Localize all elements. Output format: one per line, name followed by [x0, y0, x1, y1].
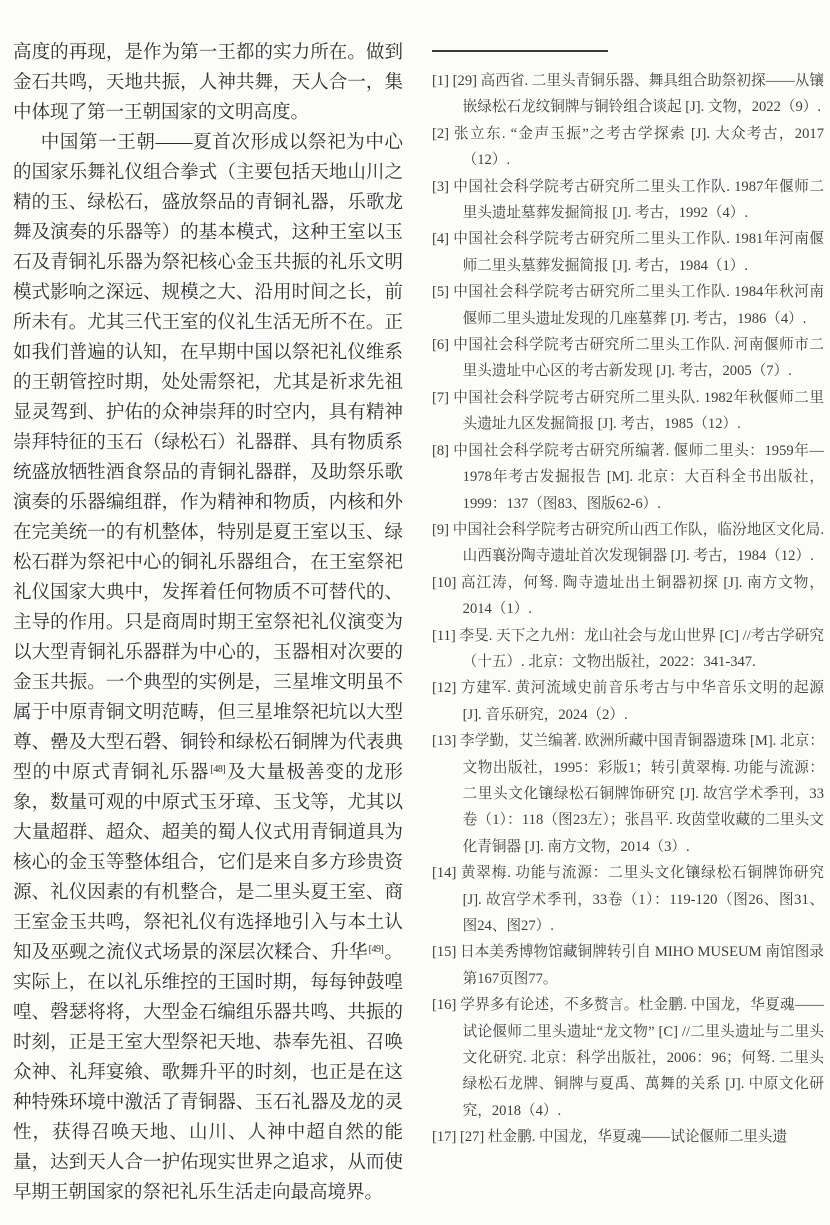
reference-item: [3] 中国社会科学院考古研究所二里头工作队. 1987年偃师二里头遗址墓葬发掘… — [432, 174, 824, 227]
reference-item: [12] 方建军. 黄河流域史前音乐考古与中华音乐文明的起源 [J]. 音乐研究… — [432, 675, 824, 728]
reference-item: [14] 黄翠梅. 功能与流源：二里头文化镶绿松石铜牌饰研究 [J]. 故宫学术… — [432, 860, 824, 939]
reference-item: [10] 高江涛，何驽. 陶寺遗址出土铜器初探 [J]. 南方文物，2014（1… — [432, 570, 824, 623]
reference-item: [6] 中国社会科学院考古研究所二里头工作队. 河南偃师市二里头遗址中心区的考古… — [432, 332, 824, 385]
reference-item: [8] 中国社会科学院考古研究所编著. 偃师二里头：1959年—1978年考古发… — [432, 438, 824, 517]
reference-item: [17] [27] 杜金鹏. 中国龙，华夏魂——试论偃师二里头遗 — [432, 1124, 824, 1150]
article-text-column: 高度的再现，是作为第一王都的实力所在。做到金石共鸣，天地共振，人神共舞，天人合一… — [13, 38, 403, 1208]
reference-item: [15] 日本美秀博物馆藏铜牌转引自 MIHO MUSEUM 南馆图录第167页… — [432, 939, 824, 992]
reference-item: [1] [29] 高西省. 二里头青铜乐器、舞具组合助祭初探——从镶嵌绿松石龙纹… — [432, 68, 824, 121]
reference-item: [2] 张立东. “金声玉振”之考古学探索 [J]. 大众考古，2017（12）… — [432, 121, 824, 174]
footnote-marker-49: [49] — [368, 944, 385, 955]
reference-item: [9] 中国社会科学院考古研究所山西工作队，临汾地区文化局. 山西襄汾陶寺遗址首… — [432, 517, 824, 570]
paragraph-continuation: 高度的再现，是作为第一王都的实力所在。做到金石共鸣，天地共振，人神共舞，天人合一… — [13, 38, 403, 128]
footnote-marker-48: [48] — [209, 764, 226, 775]
reference-item: [7] 中国社会科学院考古研究所二里头队. 1982年秋偃师二里头遗址九区发掘简… — [432, 385, 824, 438]
reference-item: [4] 中国社会科学院考古研究所二里头工作队. 1981年河南偃师二里头墓葬发掘… — [432, 226, 824, 279]
paragraph-text: 。实际上，在以礼乐维控的王国时期，每每钟鼓喤喤、磬瑟将将，大型金石编组乐器共鸣、… — [13, 943, 403, 1203]
paragraph-text: 中国第一王朝——夏首次形成以祭祀为中心的国家乐舞礼仪组合拳式（主要包括天地山川之… — [13, 133, 403, 783]
journal-page: 高度的再现，是作为第一王都的实力所在。做到金石共鸣，天地共振，人神共舞，天人合一… — [0, 0, 830, 1225]
reference-item: [16] 学界多有论述，不多赘言。杜金鹏. 中国龙，华夏魂——试论偃师二里头遗址… — [432, 992, 824, 1124]
reference-item: [11] 李旻. 天下之九州：龙山社会与龙山世界 [C] //考古学研究（十五）… — [432, 623, 824, 676]
reference-item: [5] 中国社会科学院考古研究所二里头工作队. 1984年秋河南偃师二里头遗址发… — [432, 279, 824, 332]
footnotes-column: [1] [29] 高西省. 二里头青铜乐器、舞具组合助祭初探——从镶嵌绿松石龙纹… — [432, 38, 824, 1151]
paragraph-main: 中国第一王朝——夏首次形成以祭祀为中心的国家乐舞礼仪组合拳式（主要包括天地山川之… — [13, 128, 403, 1208]
paragraph-text: 及大量极善变的龙形象，数量可观的中原式玉牙璋、玉戈等，尤其以大量超群、超众、超美… — [13, 763, 403, 963]
reference-item: [13] 李学勤，艾兰编著. 欧洲所藏中国青铜器遗珠 [M]. 北京：文物出版社… — [432, 728, 824, 860]
footnote-separator-line — [432, 50, 608, 52]
